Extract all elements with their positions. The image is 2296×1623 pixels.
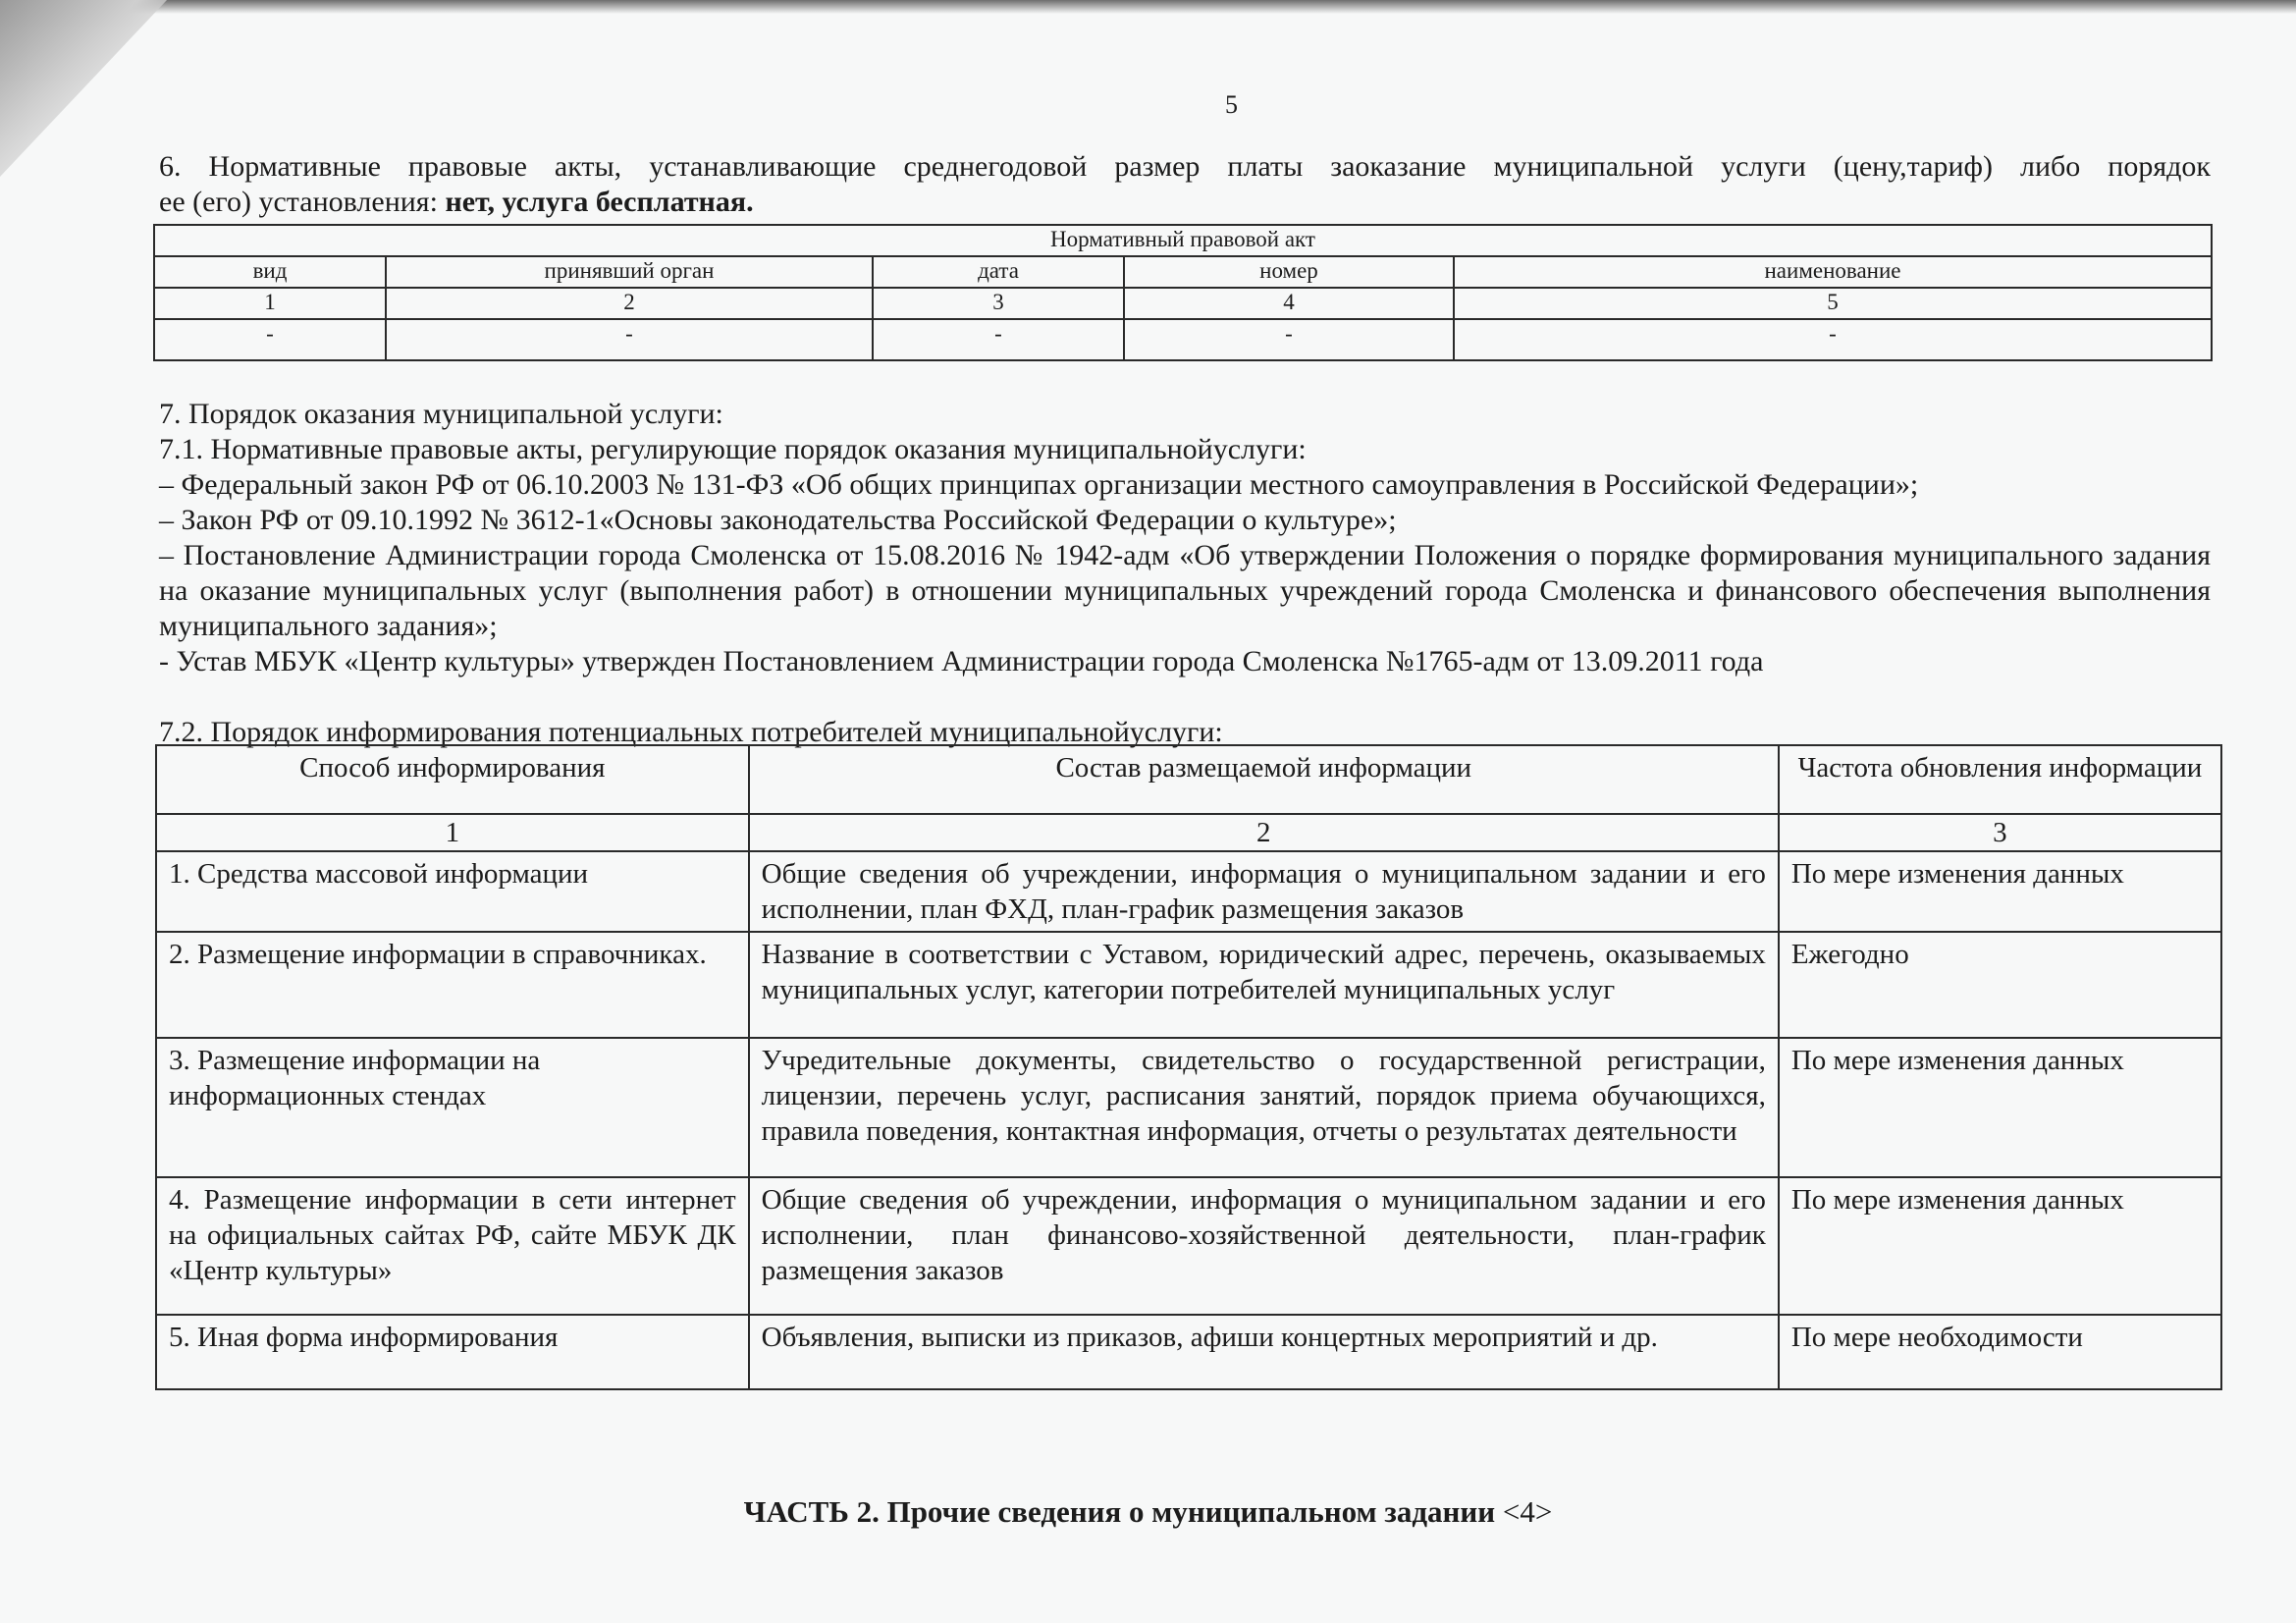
column-header: вид <box>154 256 386 288</box>
column-number-row: 1 2 3 <box>156 814 2221 851</box>
table-row: 3. Размещение информации на информационн… <box>156 1038 2221 1177</box>
section6-answer: нет, услуга бесплатная. <box>445 186 753 218</box>
column-number-row: 1 2 3 4 5 <box>154 288 2212 319</box>
table-row: 4. Размещение информации в сети интернет… <box>156 1177 2221 1315</box>
content-cell: Общие сведения об учреждении, информация… <box>749 851 1779 932</box>
table-row: 1. Средства массовой информации Общие св… <box>156 851 2221 932</box>
column-header: Состав размещаемой информации <box>749 745 1779 814</box>
table-row: 2. Размещение информации в справочниках.… <box>156 932 2221 1038</box>
column-number: 1 <box>154 288 386 319</box>
column-header: Способ информирования <box>156 745 749 814</box>
part2-title-text: ЧАСТЬ 2. Прочие сведения о муниципальном… <box>744 1494 1495 1529</box>
table-cell: - <box>154 319 386 360</box>
column-number: 2 <box>749 814 1779 851</box>
section6-text-line1: 6. Нормативные правовые акты, устанавлив… <box>159 149 2211 185</box>
table-cell: - <box>386 319 873 360</box>
section7-title: 7. Порядок оказания муниципальной услуги… <box>159 397 2211 432</box>
column-number: 1 <box>156 814 749 851</box>
part2-title: ЧАСТЬ 2. Прочие сведения о муниципальном… <box>0 1494 2296 1530</box>
table-cell: - <box>1124 319 1454 360</box>
table-group-header-row: Нормативный правовой акт <box>154 225 2212 256</box>
group-header: Нормативный правовой акт <box>154 225 2212 256</box>
column-number: 5 <box>1454 288 2212 319</box>
column-number: 4 <box>1124 288 1454 319</box>
frequency-cell: По мере необходимости <box>1779 1315 2221 1389</box>
content-cell: Учредительные документы, свидетельство о… <box>749 1038 1779 1177</box>
table-header-row: вид принявший орган дата номер наименова… <box>154 256 2212 288</box>
column-header: принявший орган <box>386 256 873 288</box>
legal-act-item: – Закон РФ от 09.10.1992 № 3612-1«Основы… <box>159 503 2211 538</box>
section6-heading: 6. Нормативные правовые акты, устанавлив… <box>159 149 2211 220</box>
table-cell: - <box>1454 319 2212 360</box>
table-row: 5. Иная форма информирования Объявления,… <box>156 1315 2221 1389</box>
footnote-ref: <4> <box>1503 1494 1552 1529</box>
section6-text-prefix: ее (его) установления: <box>159 186 445 218</box>
frequency-cell: По мере изменения данных <box>1779 1038 2221 1177</box>
section71-subtitle: 7.1. Нормативные правовые акты, регулиру… <box>159 432 2211 467</box>
column-header: номер <box>1124 256 1454 288</box>
column-number: 3 <box>1779 814 2221 851</box>
frequency-cell: По мере изменения данных <box>1779 851 2221 932</box>
method-cell: 3. Размещение информации на информационн… <box>156 1038 749 1177</box>
section6-text-line2: ее (его) установления: нет, услуга беспл… <box>159 185 2211 220</box>
folded-corner <box>0 0 167 177</box>
legal-act-item: – Постановление Администрации города Смо… <box>159 538 2211 644</box>
page-number: 5 <box>1225 90 1238 120</box>
column-number: 3 <box>873 288 1124 319</box>
method-cell: 1. Средства массовой информации <box>156 851 749 932</box>
content-cell: Объявления, выписки из приказов, афиши к… <box>749 1315 1779 1389</box>
column-number: 2 <box>386 288 873 319</box>
method-cell: 2. Размещение информации в справочниках. <box>156 932 749 1038</box>
content-cell: Название в соответствии с Уставом, юриди… <box>749 932 1779 1038</box>
table-header-row: Способ информирования Состав размещаемой… <box>156 745 2221 814</box>
informing-table: Способ информирования Состав размещаемой… <box>155 744 2222 1390</box>
scan-edge-shadow <box>0 0 2296 14</box>
legal-acts-table: Нормативный правовой акт вид принявший о… <box>153 224 2213 361</box>
column-header: дата <box>873 256 1124 288</box>
column-header: наименование <box>1454 256 2212 288</box>
content-cell: Общие сведения об учреждении, информация… <box>749 1177 1779 1315</box>
legal-act-item: - Устав МБУК «Центр культуры» утвержден … <box>159 644 2211 679</box>
table-cell: - <box>873 319 1124 360</box>
method-cell: 4. Размещение информации в сети интернет… <box>156 1177 749 1315</box>
column-header: Частота обновления информации <box>1779 745 2221 814</box>
section7: 7. Порядок оказания муниципальной услуги… <box>159 397 2211 679</box>
frequency-cell: Ежегодно <box>1779 932 2221 1038</box>
method-cell: 5. Иная форма информирования <box>156 1315 749 1389</box>
table-row: - - - - - <box>154 319 2212 360</box>
legal-act-item: – Федеральный закон РФ от 06.10.2003 № 1… <box>159 467 2211 503</box>
frequency-cell: По мере изменения данных <box>1779 1177 2221 1315</box>
